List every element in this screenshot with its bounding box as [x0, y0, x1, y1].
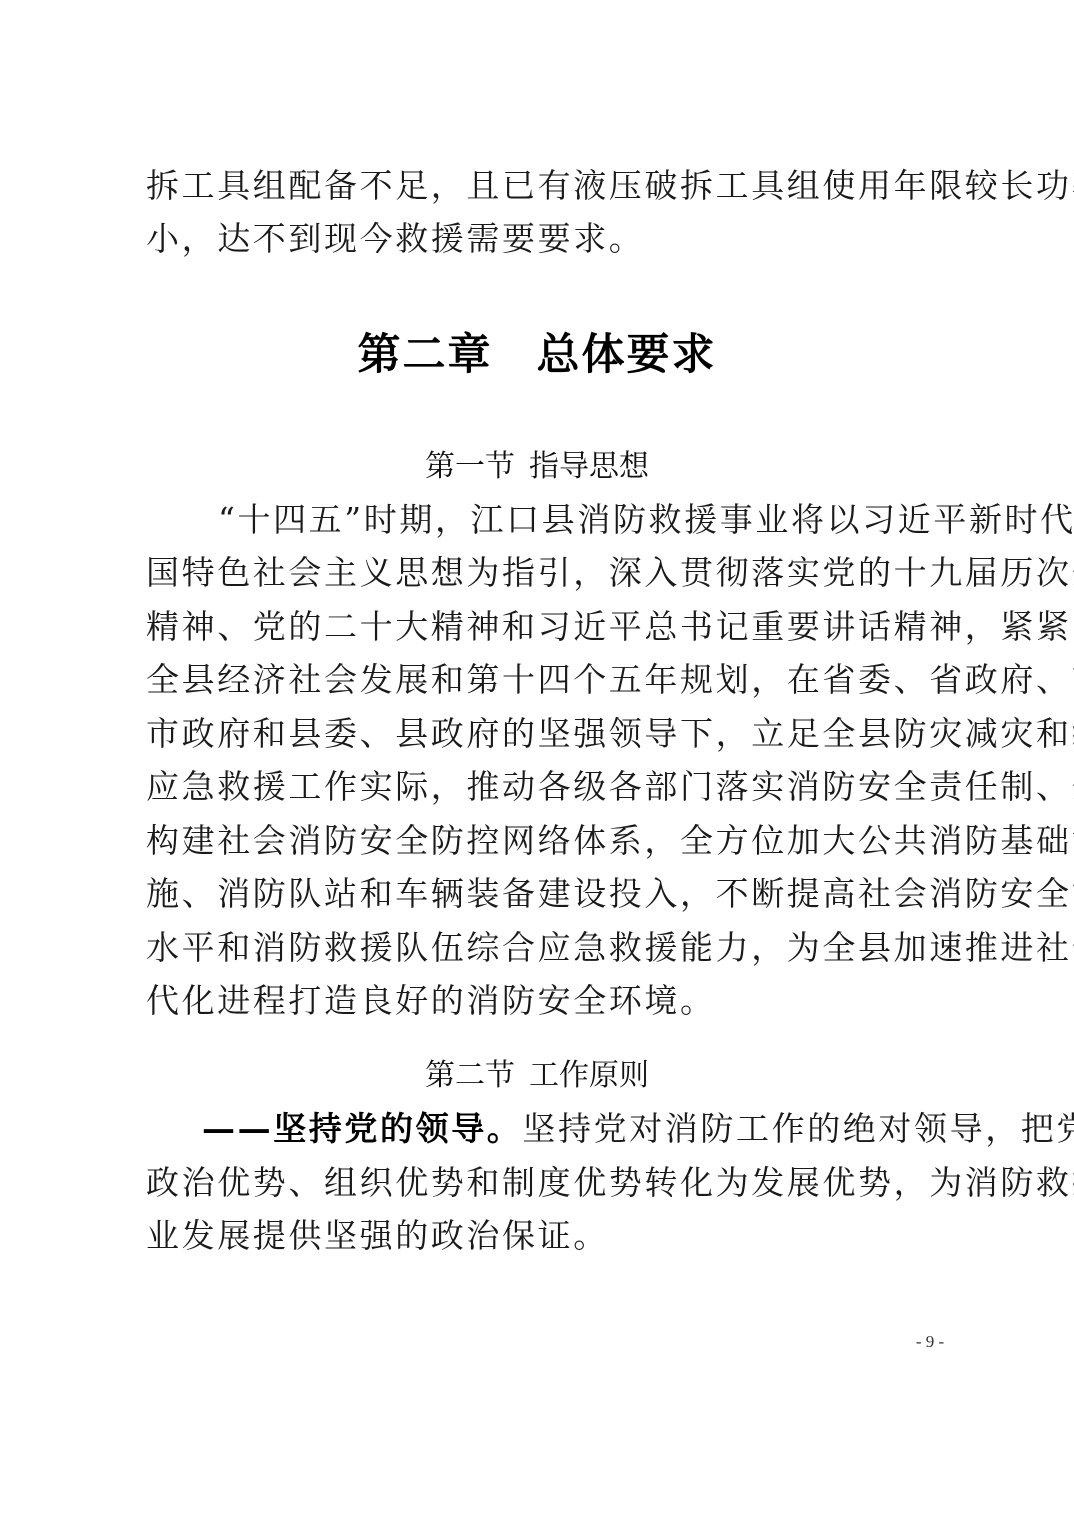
page-number: - 9 - — [900, 1332, 960, 1352]
paragraph-line: 市政府和县委、县政府的坚强领导下，立足全县防灾减灾和综合 — [146, 714, 942, 754]
principle-text: 坚持党对消防工作的绝对领导，把党的 — [522, 1109, 1074, 1148]
section-heading-1: 第一节指导思想 — [0, 447, 1074, 487]
paragraph-line: 拆工具组配备不足，且已有液压破拆工具组使用年限较长功率较 — [146, 166, 942, 206]
section-number: 第二节 — [425, 1058, 515, 1093]
paragraph-line: ——坚持党的领导。坚持党对消防工作的绝对领导，把党的 — [146, 1109, 942, 1149]
chapter-heading: 第二章总体要求 — [0, 330, 1074, 380]
document-page: 拆工具组配备不足，且已有液压破拆工具组使用年限较长功率较 小，达不到现今救援需要… — [0, 0, 1074, 1520]
section-title: 指导思想 — [529, 449, 649, 484]
paragraph-line: 构建社会消防安全防控网络体系，全方位加大公共消防基础设 — [146, 821, 942, 861]
section-heading-2: 第二节工作原则 — [0, 1056, 1074, 1096]
paragraph-line: 精神、党的二十大精神和习近平总书记重要讲话精神，紧紧围绕 — [146, 607, 942, 647]
paragraph-line: 国特色社会主义思想为指引，深入贯彻落实党的十九届历次全会 — [146, 553, 942, 593]
paragraph-line: 水平和消防救援队伍综合应急救援能力，为全县加速推进社会现 — [146, 928, 942, 968]
section-number: 第一节 — [425, 449, 515, 484]
paragraph-line: “十四五”时期，江口县消防救援事业将以习近平新时代中 — [146, 500, 942, 540]
principle-lead: ——坚持党的领导。 — [202, 1109, 522, 1148]
chapter-number: 第二章 — [358, 330, 493, 380]
paragraph-line: 业发展提供坚强的政治保证。 — [146, 1216, 942, 1256]
paragraph-line: 代化进程打造良好的消防安全环境。 — [146, 981, 942, 1021]
paragraph-line: 施、消防队站和车辆装备建设投入，不断提高社会消防安全管理 — [146, 874, 942, 914]
paragraph-line: 小，达不到现今救援需要要求。 — [146, 219, 942, 259]
paragraph-line: 应急救援工作实际，推动各级各部门落实消防安全责任制、全面 — [146, 767, 942, 807]
paragraph-line: 全县经济社会发展和第十四个五年规划，在省委、省政府、市委、 — [146, 660, 942, 700]
paragraph-line: 政治优势、组织优势和制度优势转化为发展优势，为消防救援事 — [146, 1163, 942, 1203]
section-title: 工作原则 — [529, 1058, 649, 1093]
chapter-title: 总体要求 — [537, 330, 717, 380]
